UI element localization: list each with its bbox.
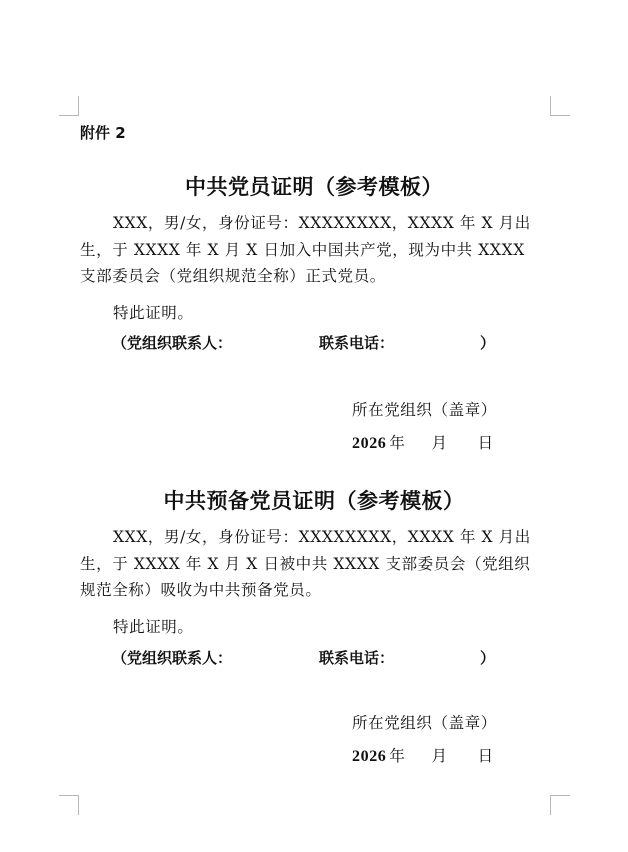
contact-close-paren: ） — [480, 648, 495, 668]
contact-person-label: （党组织联系人： — [112, 333, 232, 353]
body-line: 生，于 XXXX 年 X 月 X 日被中共 XXXX 支部委员会（党组织 — [80, 551, 550, 578]
certify-text: 特此证明。 — [113, 617, 194, 637]
corner-mark-bottom-right — [550, 795, 570, 815]
body-line: 生，于 XXXX 年 X 月 X 日加入中国共产党，现为中共 XXXX — [80, 237, 550, 264]
section-title-party-member: 中共党员证明（参考模板） — [0, 173, 628, 201]
body-line: 规范全称）吸收为中共预备党员。 — [80, 577, 550, 604]
date-year: 2026 — [352, 747, 386, 767]
section-title-probationary-member: 中共预备党员证明（参考模板） — [0, 487, 628, 515]
date-month-unit: 月 — [432, 433, 448, 453]
contact-phone-label: 联系电话： — [319, 648, 394, 668]
section-body-party-member: XXX，男/女，身份证号：XXXXXXXX，XXXX 年 X 月出 生，于 XX… — [80, 210, 550, 290]
date-day-unit: 日 — [478, 746, 494, 766]
corner-mark-bottom-left — [59, 795, 79, 815]
attachment-label: 附件 2 — [80, 123, 126, 143]
date-line: 2026年月日 — [352, 746, 494, 767]
section-body-probationary-member: XXX，男/女，身份证号：XXXXXXXX，XXXX 年 X 月出 生，于 XX… — [80, 524, 550, 604]
date-day-unit: 日 — [478, 433, 494, 453]
certify-text: 特此证明。 — [113, 303, 194, 323]
seal-label: 所在党组织（盖章） — [352, 713, 497, 733]
contact-close-paren: ） — [480, 333, 495, 353]
corner-mark-top-right — [550, 96, 570, 116]
date-year-unit: 年 — [389, 746, 405, 766]
date-year: 2026 — [352, 434, 386, 454]
date-month-unit: 月 — [432, 746, 448, 766]
contact-phone-label: 联系电话： — [319, 333, 394, 353]
date-year-unit: 年 — [389, 433, 405, 453]
document-page: 附件 2 中共党员证明（参考模板） XXX，男/女，身份证号：XXXXXXXX，… — [0, 0, 628, 852]
body-line: 支部委员会（党组织规范全称）正式党员。 — [80, 263, 550, 290]
corner-mark-top-left — [59, 96, 79, 116]
seal-label: 所在党组织（盖章） — [352, 400, 497, 420]
body-line: XXX，男/女，身份证号：XXXXXXXX，XXXX 年 X 月出 — [80, 210, 550, 237]
contact-person-label: （党组织联系人： — [112, 648, 232, 668]
date-line: 2026年月日 — [352, 433, 494, 454]
body-line: XXX，男/女，身份证号：XXXXXXXX，XXXX 年 X 月出 — [80, 524, 550, 551]
